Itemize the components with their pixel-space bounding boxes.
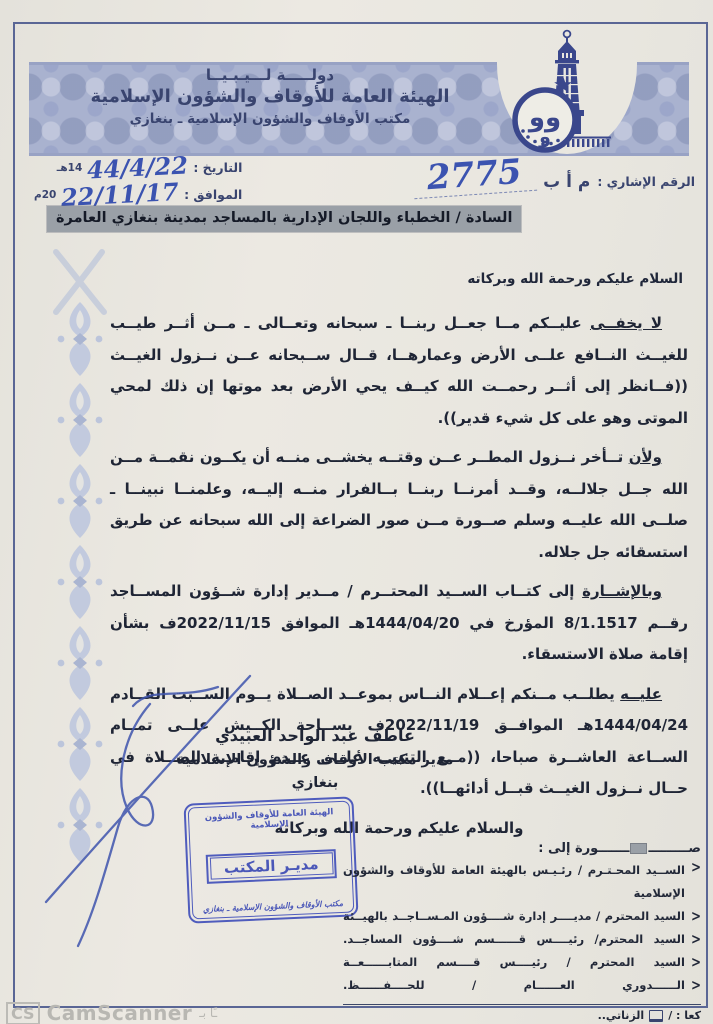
paragraph-2: ولأن تــأخر نــزول المطــر عــن وقتــه ي… — [110, 442, 688, 568]
copy-to-item-text: السيد المحترم / رئيــــس قــــسم المتابـ… — [343, 951, 685, 974]
copy-to-header-end: ـــــــورة إلى : — [538, 841, 629, 856]
reference-number-handwritten: 2775 — [412, 154, 537, 199]
kashida-box-artifact — [630, 843, 647, 854]
copy-to-item-text: السيد المحترم / مديــــر إدارة شــــؤون … — [343, 905, 685, 928]
arabesque-border-ornament — [52, 298, 108, 864]
paragraph-3: وبالإشــارة إلى كتــاب الســيد المحتــرم… — [110, 576, 688, 671]
chevron-bullet-icon: < — [691, 971, 701, 1000]
stamp-office-line: مكتب الأوقاف والشؤون الإسلامية ـ بنغازي — [198, 899, 348, 915]
camscanner-watermark: CS CamScanner ـًا بـ — [6, 1001, 217, 1024]
reference-prefix: م أ ب — [543, 172, 590, 195]
office-name: مكتب الأوقاف والشؤون الإسلامية ـ بنغازي — [40, 111, 500, 127]
camscanner-name: CamScanner — [47, 1001, 193, 1024]
office-stamp: الهيئة العامة للأوقاف والشؤون الإسلامية … — [183, 796, 358, 923]
typist-row: كعا : / الزناتي.. — [343, 1009, 701, 1022]
letterhead: دولـــــة لـــيـبـيــا الهيئة العامة للأ… — [40, 66, 500, 127]
typist-separator-line — [343, 1004, 701, 1005]
copy-to-item-text: الــــــدوري العــــــام / للحــــفـــــ… — [343, 974, 685, 997]
computer-icon — [649, 1010, 663, 1022]
gregorian-era-mark: 20م — [34, 189, 56, 201]
paragraph-2-text: تــأخر نــزول المطــر عــن وقتــه يخشــى… — [110, 448, 688, 561]
typist-label: كعا : / — [668, 1009, 701, 1022]
copy-to-item: < الــــــدوري العــــــام / للحــــفـــ… — [343, 974, 701, 997]
opening-salutation: السلام عليكم ورحمة الله وبركاته — [467, 271, 683, 287]
signatory-name: عاطف عبد الواحد العبيدي — [148, 726, 482, 745]
camscanner-cs-logo: CS — [6, 1002, 40, 1024]
document-page: دولـــــة لـــيـبـيــا الهيئة العامة للأ… — [0, 0, 713, 1024]
paragraph-2-lead: ولأن — [629, 448, 662, 466]
gregorian-date-row: الموافق : 22/11/17 20م — [34, 181, 242, 208]
subject-line: السادة / الخطباء واللجان الإدارية بالمسا… — [47, 206, 521, 232]
authority-name: الهيئة العامة للأوقاف والشؤون الإسلامية — [40, 86, 500, 107]
copy-to-item: < السيد المحترم/ رئيــــس قــــــسم شـــ… — [343, 928, 701, 951]
gregorian-date-label: الموافق : — [184, 187, 242, 202]
reference-row: الرقم الإشاري : م أ ب 2775 — [413, 158, 695, 195]
copy-to-item: < الســيد المحـتـرم / رئـيـس بالهيئة الع… — [343, 859, 701, 905]
copy-to-item-text: السيد المحترم/ رئيــــس قــــــسم شــــؤ… — [343, 928, 685, 951]
faint-x-scan-mark — [44, 244, 114, 319]
awqaf-minaret-logo: وو و — [495, 28, 645, 158]
stamp-title-box: مديـر المكتب — [206, 849, 337, 884]
paragraph-1: لا يخفــى عليــكم مــا جعــل ربنــا ـ سب… — [110, 308, 688, 434]
stamp-inner: الهيئة العامة للأوقاف والشؤون الإسلامية … — [188, 801, 355, 920]
state-name: دولـــــة لـــيـبـيــا — [40, 66, 500, 84]
dates-block: التاريخ : 44/4/22 14هـ الموافق : 22/11/1… — [34, 154, 242, 208]
signatory-title: مدير مكتب الأوقاف والشؤون الإسلامية — [148, 752, 482, 768]
paragraph-3-lead: وبالإشــارة — [582, 582, 662, 600]
copy-to-item: < السيد المحترم / رئيــــس قــــسم المتا… — [343, 951, 701, 974]
copy-to-item: < السيد المحترم / مديــــر إدارة شــــؤو… — [343, 905, 701, 928]
hijri-date-label: التاريخ : — [193, 160, 242, 175]
signature-block: عاطف عبد الواحد العبيدي مدير مكتب الأوقا… — [148, 726, 482, 791]
paragraph-4-lead: عليــه — [620, 685, 662, 703]
hijri-era-mark: 14هـ — [57, 162, 83, 174]
stamp-authority-line: الهيئة العامة للأوقاف والشؤون الإسلامية — [194, 807, 345, 834]
hijri-date-row: التاريخ : 44/4/22 14هـ — [34, 154, 242, 181]
copy-to-header: صـــــــــ ـــــــورة إلى : — [343, 841, 701, 856]
copy-to-item-text: الســيد المحـتـرم / رئـيـس بالهيئة العام… — [343, 859, 685, 905]
reference-label: الرقم الإشاري : — [597, 174, 695, 195]
signatory-city: بنغازي — [148, 775, 482, 791]
camscanner-arabic-text: ـًا بـ — [199, 1006, 217, 1020]
copy-to-section: صـــــــــ ـــــــورة إلى : < الســيد ال… — [343, 841, 701, 1022]
paragraph-1-lead: لا يخفــى — [590, 314, 662, 332]
typist-name: الزناتي.. — [598, 1009, 645, 1022]
stamp-title: مديـر المكتب — [209, 852, 333, 879]
